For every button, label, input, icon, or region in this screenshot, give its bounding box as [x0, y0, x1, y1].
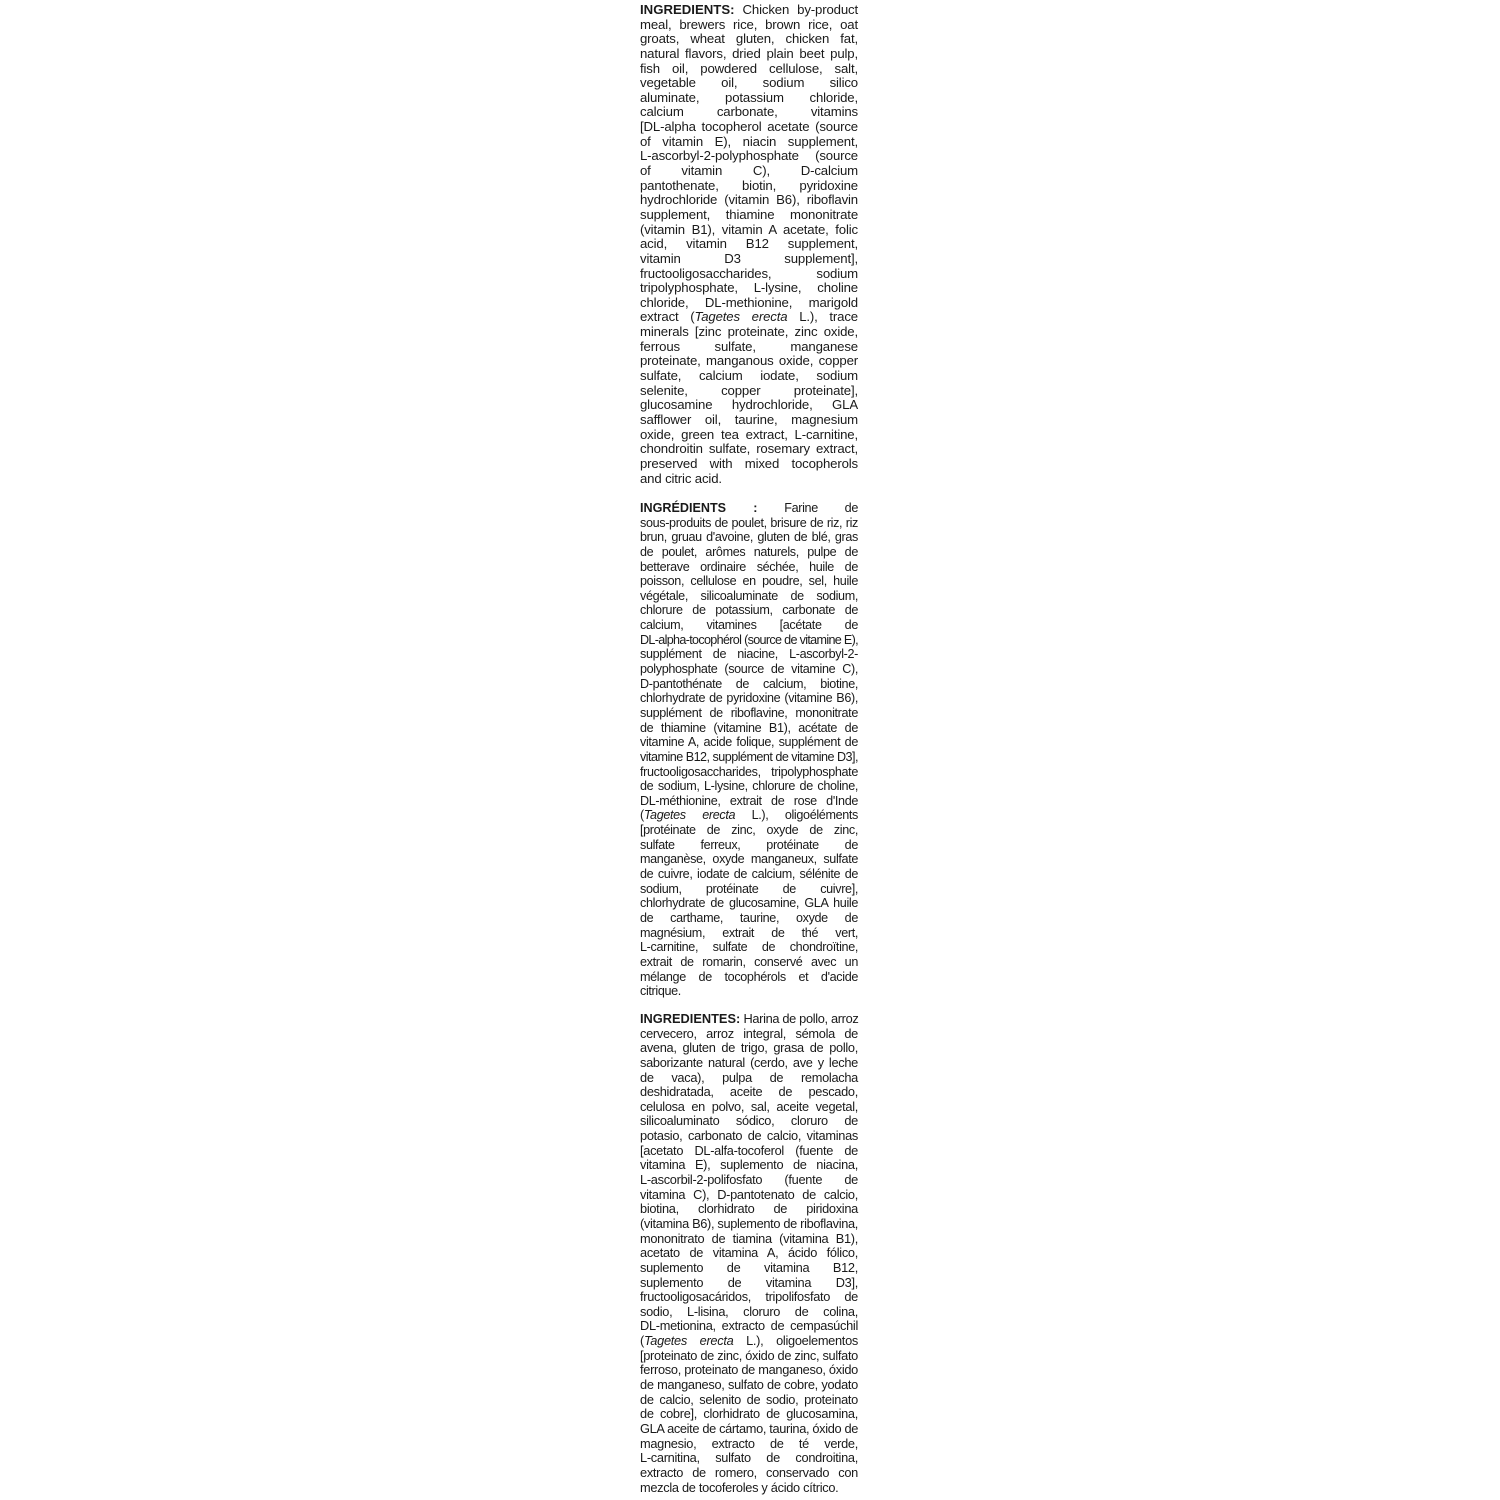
text-line: betterave ordinaire séchée, huile de [640, 560, 858, 575]
text-line: INGREDIENTES: Harina de pollo, arroz [640, 1012, 858, 1027]
text-line: chlorhydrate de pyridoxine (vitamine B6)… [640, 691, 858, 706]
text-line: chondroitin sulfate, rosemary extract, [640, 442, 858, 457]
text-line: proteinate, manganous oxide, copper [640, 354, 858, 369]
text-line: de cuivre, iodate de calcium, sélénite d… [640, 867, 858, 882]
text-line: INGRÉDIENTS : Farine de [640, 501, 858, 516]
text-line: extracto de romero, conservado con [640, 1466, 858, 1481]
text-line: L-carnitina, sulfato de condroitina, [640, 1451, 858, 1466]
text-line: citrique. [640, 984, 858, 999]
text-line: (Tagetes erecta L.), oligoéléments [640, 808, 858, 823]
section-heading: INGRÉDIENTS : [640, 501, 757, 515]
section-heading: INGREDIENTS: [640, 2, 735, 17]
text-line: safflower oil, taurine, magnesium [640, 413, 858, 428]
text-line: magnesio, extracto de té verde, [640, 1437, 858, 1452]
text-line: vitamine B12, supplément de vitamine D3]… [640, 750, 858, 765]
text-line: saborizante natural (cerdo, ave y leche [640, 1056, 858, 1071]
text-line: ferroso, proteinato de manganeso, óxido [640, 1363, 858, 1378]
text-line: chlorure de potassium, carbonate de [640, 603, 858, 618]
ingredients-french: INGRÉDIENTS : Farine de sous-produits de… [640, 501, 858, 999]
text-line: pantothenate, biotin, pyridoxine [640, 179, 858, 194]
text-line: [DL-alpha tocopherol acetate (source [640, 120, 858, 135]
text-line: (Tagetes erecta L.), oligoelementos [640, 1334, 858, 1349]
species-name: Tagetes erecta [644, 1333, 733, 1348]
text-line: fructooligosacáridos, tripolifosfato de [640, 1290, 858, 1305]
text-line: magnésium, extrait de thé vert, [640, 926, 858, 941]
text-line: of vitamin C), D-calcium [640, 164, 858, 179]
text-line: biotina, clorhidrato de piridoxina [640, 1202, 858, 1217]
text-line: vitamin D3 supplement], [640, 252, 858, 267]
text-line: polyphosphate (source de vitamine C), [640, 662, 858, 677]
text-line: mezcla de tocoferoles y ácido cítrico. [640, 1481, 858, 1496]
text-line: de poulet, arômes naturels, pulpe de [640, 545, 858, 560]
text-line: GLA aceite de cártamo, taurina, óxido de [640, 1422, 858, 1437]
text-line: fructooligosaccharides, sodium [640, 267, 858, 282]
text-line: (vitamina B6), suplemento de riboflavina… [640, 1217, 858, 1232]
text-line: calcium, vitamines [acétate de [640, 618, 858, 633]
text-line: manganèse, oxyde manganeux, sulfate [640, 852, 858, 867]
text-line: extrait de romarin, conservé avec un [640, 955, 858, 970]
text-line: L-ascorbil-2-polifosfato (fuente de [640, 1173, 858, 1188]
text-line: vitamina C), D-pantotenato de calcio, [640, 1188, 858, 1203]
text-line: chlorhydrate de glucosamine, GLA huile [640, 896, 858, 911]
text-line: suplemento de vitamina B12, [640, 1261, 858, 1276]
text-line: fructooligosaccharides, tripolyphosphate [640, 765, 858, 780]
text-line: mononitrato de tiamina (vitamina B1), [640, 1232, 858, 1247]
text-line: vegetable oil, sodium silico [640, 76, 858, 91]
text-line: L-ascorbyl-2-polyphosphate (source [640, 149, 858, 164]
text-line: acetato de vitamina A, ácido fólico, [640, 1246, 858, 1261]
text-line: preserved with mixed tocopherols [640, 457, 858, 472]
text-line: and citric acid. [640, 472, 858, 487]
text-line: avena, gluten de trigo, grasa de pollo, [640, 1041, 858, 1056]
text-line: aluminate, potassium chloride, [640, 91, 858, 106]
text-line: supplément de niacine, L-ascorbyl-2- [640, 647, 858, 662]
text-line: vitamine A, acide folique, supplément de [640, 735, 858, 750]
text-line: potasio, carbonato de calcio, vitaminas [640, 1129, 858, 1144]
text-line: groats, wheat gluten, chicken fat, [640, 32, 858, 47]
text-line: DL-metionina, extracto de cempasúchil [640, 1319, 858, 1334]
species-name: Tagetes erecta [644, 808, 735, 822]
text-line: sous-produits de poulet, brisure de riz,… [640, 516, 858, 531]
text-line: DL-alpha-tocophérol (source de vitamine … [640, 633, 858, 648]
text-line: oxide, green tea extract, L-carnitine, [640, 428, 858, 443]
text-line: glucosamine hydrochloride, GLA [640, 398, 858, 413]
text-line: sulfate, calcium iodate, sodium [640, 369, 858, 384]
text-line: mélange de tocophérols et d'acide [640, 970, 858, 985]
text-line: de carthame, taurine, oxyde de [640, 911, 858, 926]
text-line: ferrous sulfate, manganese [640, 340, 858, 355]
text-line: selenite, copper proteinate], [640, 384, 858, 399]
text-line: hydrochloride (vitamin B6), riboflavin [640, 193, 858, 208]
text-line: meal, brewers rice, brown rice, oat [640, 18, 858, 33]
text-line: chloride, DL-methionine, marigold [640, 296, 858, 311]
text-line: suplemento de vitamina D3], [640, 1276, 858, 1291]
text-line: [protéinate de zinc, oxyde de zinc, [640, 823, 858, 838]
text-line: poisson, cellulose en poudre, sel, huile [640, 574, 858, 589]
text-line: deshidratada, aceite de pescado, [640, 1085, 858, 1100]
text-line: sodio, L-lisina, cloruro de colina, [640, 1305, 858, 1320]
text-line: de vaca), pulpa de remolacha [640, 1071, 858, 1086]
text-line: supplément de riboflavine, mononitrate [640, 706, 858, 721]
text-line: brun, gruau d'avoine, gluten de blé, gra… [640, 530, 858, 545]
text-line: fish oil, powdered cellulose, salt, [640, 62, 858, 77]
text-line: (vitamin B1), vitamin A acetate, folic [640, 223, 858, 238]
text-line: tripolyphosphate, L-lysine, choline [640, 281, 858, 296]
species-name: Tagetes erecta [695, 309, 788, 324]
text-line: de manganeso, sulfato de cobre, yodato [640, 1378, 858, 1393]
text-line: extract (Tagetes erecta L.), trace [640, 310, 858, 325]
text-line: DL-méthionine, extrait de rose d'Inde [640, 794, 858, 809]
ingredients-spanish: INGREDIENTES: Harina de pollo, arroz cer… [640, 1012, 858, 1495]
text-line: sulfate ferreux, protéinate de [640, 838, 858, 853]
text-line: L-carnitine, sulfate de chondroïtine, [640, 940, 858, 955]
text-line: cervecero, arroz integral, sémola de [640, 1027, 858, 1042]
text-line: de calcio, selenito de sodio, proteinato [640, 1393, 858, 1408]
text-line: de thiamine (vitamine B1), acétate de [640, 721, 858, 736]
text-line: natural flavors, dried plain beet pulp, [640, 47, 858, 62]
text-line: végétale, silicoaluminate de sodium, [640, 589, 858, 604]
text-line: de sodium, L-lysine, chlorure de choline… [640, 779, 858, 794]
text-line: sodium, protéinate de cuivre], [640, 882, 858, 897]
text-line: D-pantothénate de calcium, biotine, [640, 677, 858, 692]
text-line: vitamina E), suplemento de niacina, [640, 1158, 858, 1173]
text-line: supplement, thiamine mononitrate [640, 208, 858, 223]
text-line: acid, vitamin B12 supplement, [640, 237, 858, 252]
text-line: de cobre], clorhidrato de glucosamina, [640, 1407, 858, 1422]
text-line: calcium carbonate, vitamins [640, 105, 858, 120]
text-line: silicoaluminato sódico, cloruro de [640, 1114, 858, 1129]
text-line: INGREDIENTS: Chicken by-product [640, 3, 858, 18]
text-line: [acetato DL-alfa-tocoferol (fuente de [640, 1144, 858, 1159]
section-heading: INGREDIENTES: [640, 1011, 740, 1026]
ingredients-english: INGREDIENTS: Chicken by-product meal, br… [640, 3, 858, 486]
text-line: minerals [zinc proteinate, zinc oxide, [640, 325, 858, 340]
text-line: celulosa en polvo, sal, aceite vegetal, [640, 1100, 858, 1115]
text-line: of vitamin E), niacin supplement, [640, 135, 858, 150]
text-line: [proteinato de zinc, óxido de zinc, sulf… [640, 1349, 858, 1364]
